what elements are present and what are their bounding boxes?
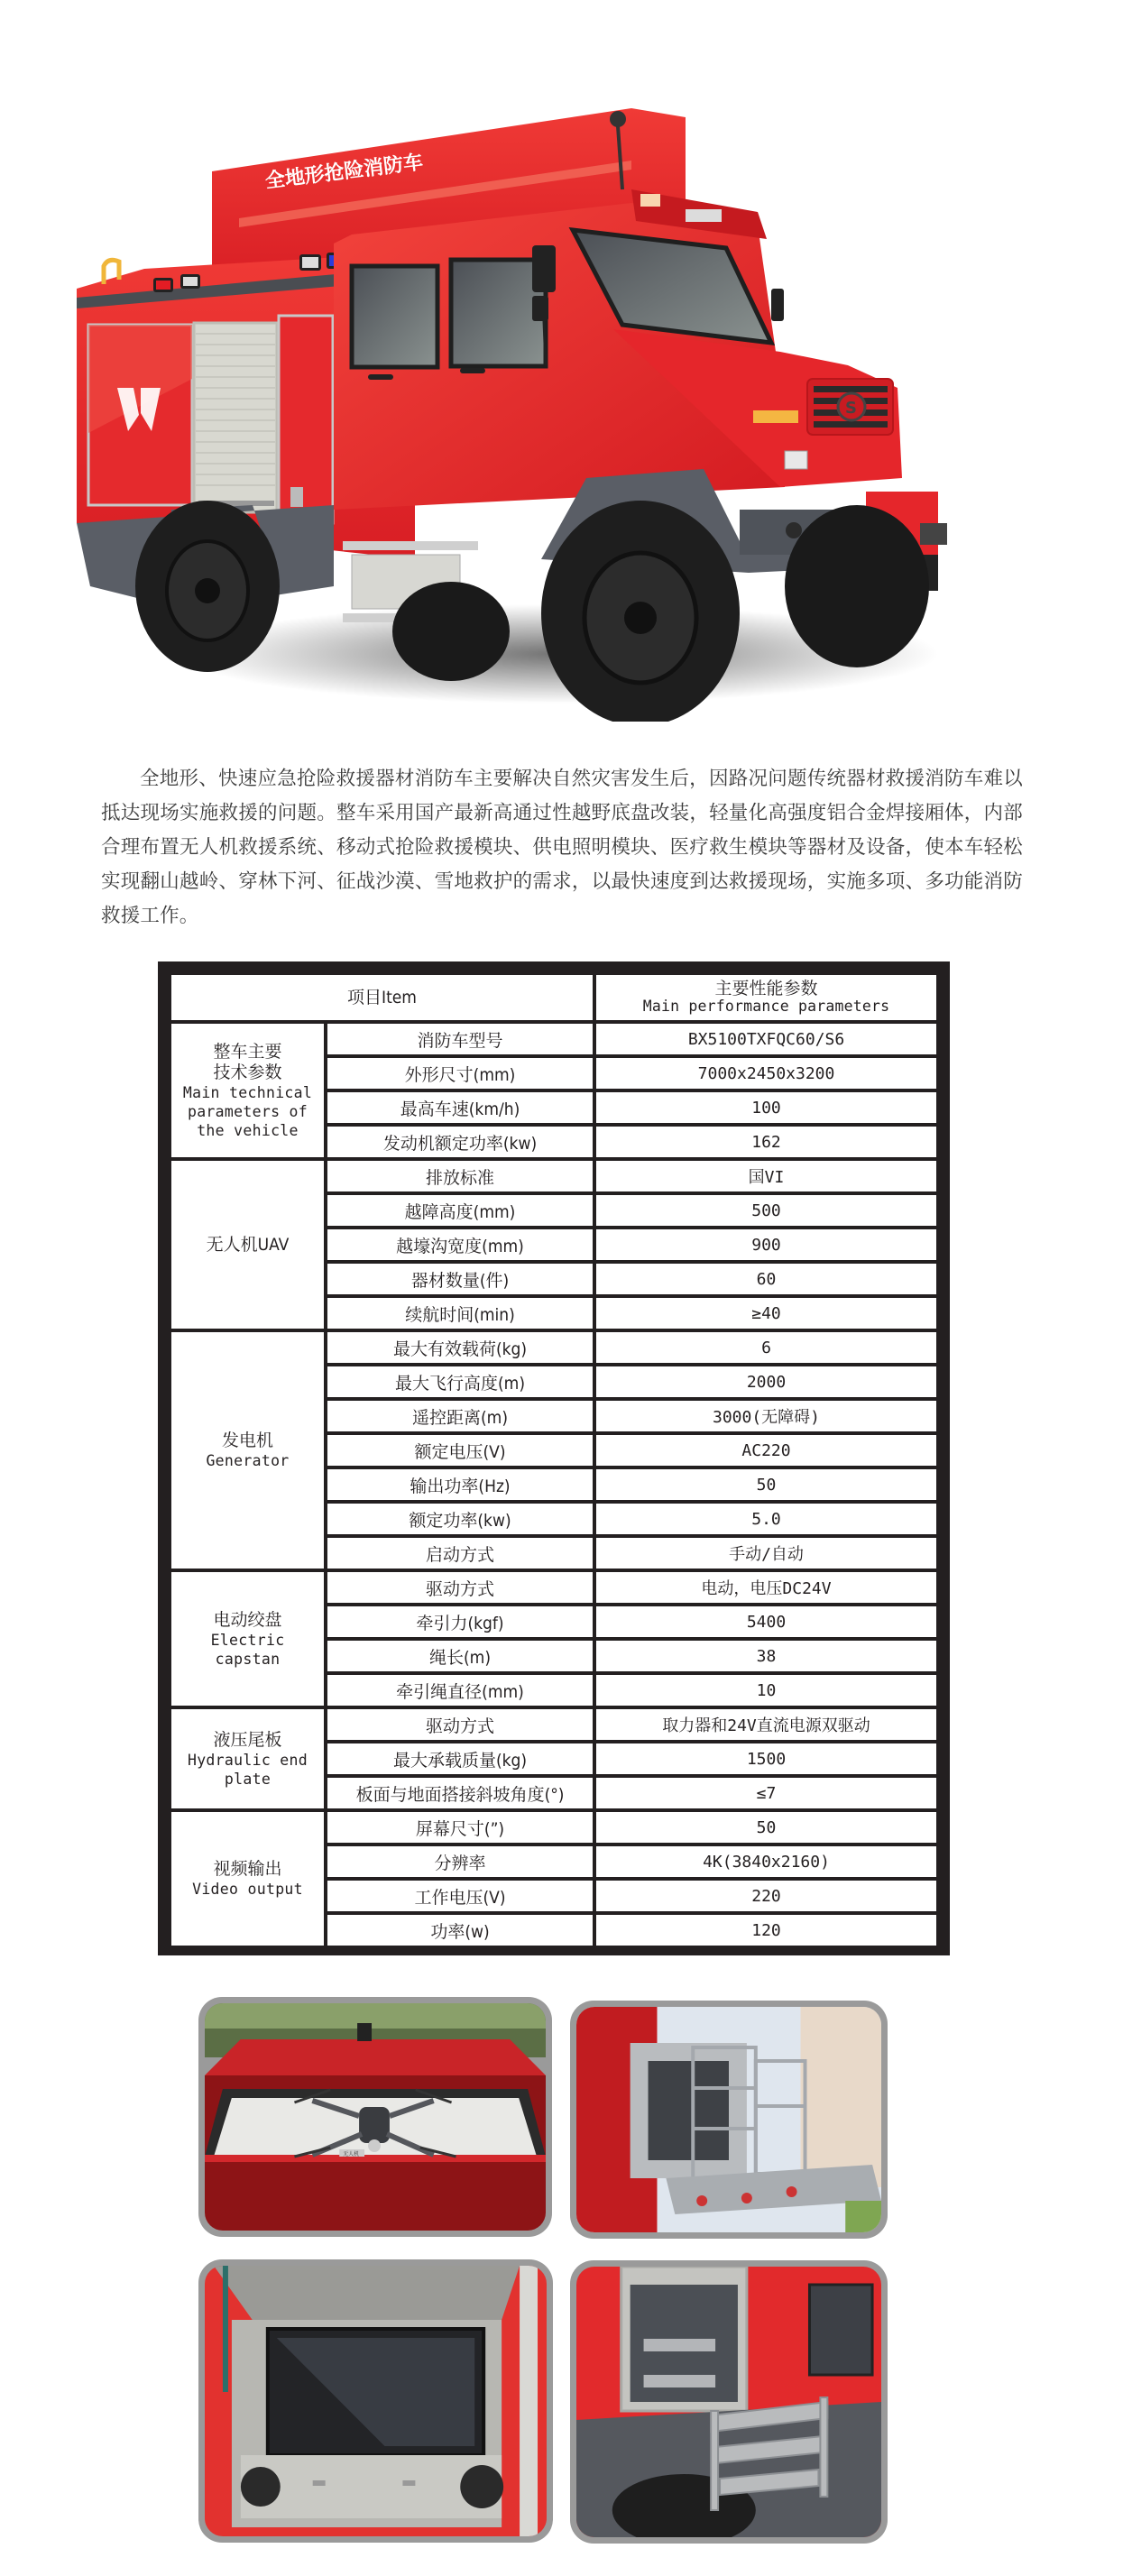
group-label-en: capstan — [173, 1650, 322, 1669]
param-value: 500 — [594, 1193, 938, 1228]
group-label-en: Electric — [173, 1631, 322, 1650]
ladder-photo-illustration — [576, 2267, 881, 2537]
param-value: 7000x2450x3200 — [594, 1056, 938, 1090]
grille: S — [807, 379, 893, 435]
drone-photo-illustration: 无人机 — [205, 2003, 546, 2231]
group-label-cn: 电动绞盘 — [173, 1610, 322, 1631]
param-value: 国VI — [594, 1159, 938, 1193]
photo-fold-out-ladder — [570, 2260, 888, 2544]
group-label: 视频输出Video output — [170, 1810, 326, 1947]
rack-photo-illustration — [576, 2007, 881, 2232]
svg-text:S: S — [845, 399, 857, 418]
param-label: 驱动方式 — [326, 1570, 594, 1605]
param-label: 输出功率(Hz) — [326, 1467, 594, 1502]
spec-table-frame: 项目Item 主要性能参数 Main performance parameter… — [158, 961, 950, 1955]
group-label-en: Hydraulic end — [173, 1751, 322, 1770]
header-params: 主要性能参数 Main performance parameters — [594, 973, 938, 1022]
param-label: 驱动方式 — [326, 1707, 594, 1742]
param-value: 220 — [594, 1879, 938, 1913]
param-label: 屏幕尺寸(”) — [326, 1810, 594, 1845]
spec-table-header: 项目Item 主要性能参数 Main performance parameter… — [170, 973, 938, 1022]
param-label: 最大有效载荷(kg) — [326, 1330, 594, 1365]
group-label-cn: 视频输出 — [173, 1859, 322, 1880]
table-row: 无人机UAV排放标准国VI — [170, 1159, 938, 1193]
param-value: 60 — [594, 1262, 938, 1296]
param-label: 最大飞行高度(m) — [326, 1365, 594, 1399]
fire-truck-illustration: 全地形抢险消防车 — [54, 54, 1064, 722]
group-label-cn: 无人机UAV — [173, 1235, 322, 1256]
spec-table-body: 整车主要技术参数Main technicalparameters ofthe v… — [170, 1022, 938, 1947]
param-label: 牵引绳直径(mm) — [326, 1673, 594, 1707]
param-label: 越壕沟宽度(mm) — [326, 1228, 594, 1262]
param-label: 消防车型号 — [326, 1022, 594, 1056]
param-value: 5400 — [594, 1605, 938, 1639]
param-value: 900 — [594, 1228, 938, 1262]
param-value: 120 — [594, 1913, 938, 1947]
drone-plate-label: 无人机 — [343, 2150, 359, 2157]
speaker-right-icon — [460, 2465, 503, 2508]
param-label: 越障高度(mm) — [326, 1193, 594, 1228]
param-label: 排放标准 — [326, 1159, 594, 1193]
param-value: AC220 — [594, 1433, 938, 1467]
param-label: 绳长(m) — [326, 1639, 594, 1673]
photo-drone-platform: 无人机 — [198, 1997, 552, 2237]
table-row: 液压尾板Hydraulic endplate驱动方式取力器和24V直流电源双驱动 — [170, 1707, 938, 1742]
photo-video-screen — [198, 2259, 553, 2543]
param-value: 5.0 — [594, 1502, 938, 1536]
header-item: 项目Item — [170, 973, 594, 1022]
param-value: 1500 — [594, 1742, 938, 1776]
param-value: 取力器和24V直流电源双驱动 — [594, 1707, 938, 1742]
param-label: 工作电压(V) — [326, 1879, 594, 1913]
group-label: 无人机UAV — [170, 1159, 326, 1330]
param-value: 38 — [594, 1639, 938, 1673]
photo-equipment-rack — [570, 2001, 888, 2239]
group-label-en: parameters of — [173, 1102, 322, 1121]
group-label-cn: 整车主要 — [173, 1042, 322, 1063]
param-label: 遥控距离(m) — [326, 1399, 594, 1433]
param-value: 2000 — [594, 1365, 938, 1399]
table-row: 整车主要技术参数Main technicalparameters ofthe v… — [170, 1022, 938, 1056]
screen-photo-illustration — [205, 2266, 547, 2536]
group-label-en: Main technical — [173, 1083, 322, 1102]
param-label: 额定电压(V) — [326, 1433, 594, 1467]
param-value: BX5100TXFQC60/S6 — [594, 1022, 938, 1056]
rear-wheel — [135, 501, 280, 672]
group-label-cn: 发电机 — [173, 1431, 322, 1451]
param-value: ≤7 — [594, 1776, 938, 1810]
table-row: 电动绞盘Electriccapstan驱动方式电动，电压DC24V — [170, 1570, 938, 1605]
mid-wheel — [392, 582, 510, 681]
param-label: 分辨率 — [326, 1845, 594, 1879]
param-value: 手动/自动 — [594, 1536, 938, 1570]
param-value: 3000(无障碍) — [594, 1399, 938, 1433]
group-label-en: Video output — [173, 1880, 322, 1899]
param-label: 启动方式 — [326, 1536, 594, 1570]
hero-truck-image: 全地形抢险消防车 — [54, 54, 1064, 722]
group-label-en: Generator — [173, 1451, 322, 1470]
param-value: 10 — [594, 1673, 938, 1707]
param-label: 发动机额定功率(kw) — [326, 1125, 594, 1159]
param-label: 最高车速(km/h) — [326, 1090, 594, 1125]
speaker-left-icon — [241, 2467, 281, 2507]
spec-table: 项目Item 主要性能参数 Main performance parameter… — [168, 971, 940, 1949]
group-label: 发电机Generator — [170, 1330, 326, 1570]
group-label: 液压尾板Hydraulic endplate — [170, 1707, 326, 1810]
param-value: 162 — [594, 1125, 938, 1159]
header-params-en: Main performance parameters — [598, 998, 934, 1016]
header-params-cn: 主要性能参数 — [715, 979, 818, 998]
param-value: ≥40 — [594, 1296, 938, 1330]
param-value: 4K(3840x2160) — [594, 1845, 938, 1879]
param-label: 器材数量(件) — [326, 1262, 594, 1296]
param-value: 电动，电压DC24V — [594, 1570, 938, 1605]
param-label: 功率(w) — [326, 1913, 594, 1947]
param-label: 额定功率(kw) — [326, 1502, 594, 1536]
group-label: 电动绞盘Electriccapstan — [170, 1570, 326, 1707]
param-value: 50 — [594, 1467, 938, 1502]
param-label: 牵引力(kgf) — [326, 1605, 594, 1639]
group-label-cn: 液压尾板 — [173, 1730, 322, 1751]
group-label-en: plate — [173, 1770, 322, 1789]
param-label: 外形尺寸(mm) — [326, 1056, 594, 1090]
param-value: 100 — [594, 1090, 938, 1125]
param-label: 最大承载质量(kg) — [326, 1742, 594, 1776]
param-label: 续航时间(min) — [326, 1296, 594, 1330]
param-label: 板面与地面搭接斜坡角度(°) — [326, 1776, 594, 1810]
param-value: 6 — [594, 1330, 938, 1365]
group-label-en: the vehicle — [173, 1121, 322, 1140]
group-label: 整车主要技术参数Main technicalparameters ofthe v… — [170, 1022, 326, 1159]
group-label-cn: 技术参数 — [173, 1063, 322, 1083]
table-row: 视频输出Video output屏幕尺寸(”)50 — [170, 1810, 938, 1845]
param-value: 50 — [594, 1810, 938, 1845]
intro-description: 全地形、快速应急抢险救援器材消防车主要解决自然灾害发生后，因路况问题传统器材救援… — [101, 762, 1023, 934]
table-row: 发电机Generator最大有效载荷(kg)6 — [170, 1330, 938, 1365]
